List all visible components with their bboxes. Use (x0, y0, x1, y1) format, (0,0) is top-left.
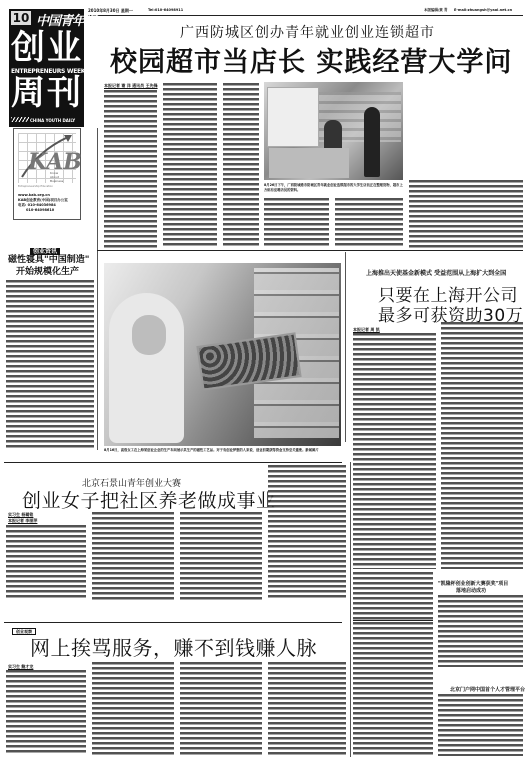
lead-col-4 (264, 198, 329, 248)
brief1-body (438, 595, 523, 667)
brief1-headline-1: "凯隆杯创业创新大赛获奖"项目 (438, 580, 508, 587)
shanghai-col-2 (441, 322, 523, 569)
factory-worker-photo[interactable] (104, 263, 341, 446)
lead-col-5 (335, 198, 403, 248)
masthead-title-bottom: 周刊 (11, 74, 83, 112)
brief2-headline: 北京门户网中国首个人才管理平台 (450, 686, 525, 693)
beijing-col-2 (92, 512, 174, 600)
section-rule-1 (97, 250, 523, 251)
kab-ad-box: KAB Know About Business Entrepreneurship… (13, 128, 81, 220)
lead-col-6 (409, 180, 523, 248)
photo-poster (267, 87, 319, 147)
photo-counter (269, 148, 349, 178)
shanghai-kicker: 上海推出天使基金新模式 受益范围从上海扩大到全国 (366, 268, 506, 277)
photo-face (132, 315, 166, 355)
section-rule-2 (4, 462, 342, 463)
tel-line: Tel:010-64098911 (148, 8, 183, 12)
brief1-headline-2: 落地启动成功 (456, 587, 486, 594)
beijing-byline-2: 本报记者 李丽萍 (8, 518, 37, 524)
kab-small-line: Entrepreneurship Education (18, 185, 53, 188)
bottom-col-4 (268, 662, 346, 755)
stripes-decoration (11, 117, 29, 122)
beijing-col-1 (6, 525, 86, 600)
brief1-box: "凯隆杯创业创新大赛获奖"项目 落地启动成功 (438, 578, 523, 670)
brief2-body (438, 694, 523, 756)
beijing-headline: 创业女子把社区养老做成事业 (22, 486, 276, 513)
bottom-col-1 (6, 670, 86, 755)
shanghai-col-1 (353, 333, 436, 569)
column-divider-photo (345, 252, 346, 442)
masthead-subtitle: CHINA YOUTH DAILY (30, 118, 75, 123)
bottom-col-3 (180, 662, 262, 755)
editor-line: 本版编辑/黄 青 (424, 8, 448, 13)
paper-logo: 中国青年报 (36, 10, 96, 29)
kab-contact: www.kab.org.cn KAB创业教育(中国)项目办公室 电话: 010-… (18, 193, 68, 213)
sidebar-headline-2: 开始规模化生产 (16, 264, 79, 277)
section-rule-3 (4, 622, 342, 623)
lead-col-3 (223, 83, 259, 248)
column-divider-bottom (350, 462, 351, 757)
bottom-col-2 (92, 662, 174, 755)
page-number: 10 (11, 11, 31, 25)
photo-person-2 (364, 107, 380, 177)
photo-story-caption: 8月16日，高级女工在上海某创业企业的生产车间展示其生产的磁性工艺品。对于有创业… (104, 448, 341, 460)
lead-byline: 本报记者 谢 洋 通讯员 王先锋 (104, 83, 158, 89)
sidebar-divider (97, 128, 98, 450)
beijing-col-4 (268, 465, 346, 600)
email-line: E-mail:zhuangsh@yaol.net.cn (454, 8, 512, 12)
supermarket-photo[interactable] (264, 82, 403, 180)
sidebar-body-text (6, 280, 94, 450)
lead-headline: 校园超市当店长 实践经营大学问 (110, 40, 512, 79)
lead-col-1 (104, 90, 157, 248)
kab-tagline: Know About Business (50, 171, 63, 183)
bottom-headline: 网上挨骂服务，赚不到钱赚人脉 (30, 632, 317, 661)
beijing-col-3 (180, 512, 262, 600)
masthead-title-top: 创业 (11, 30, 83, 66)
lead-photo-caption: 8月26日下午，广西防城港市防城区青年就业创业连锁超市的大学生店员正在整理货物，… (264, 183, 403, 195)
header-rule (88, 15, 523, 16)
brief-rule (353, 620, 433, 621)
right-col-continue (353, 572, 433, 755)
lead-kicker: 广西防城区创办青年就业创业连锁超市 (180, 22, 435, 42)
lead-col-2 (163, 83, 217, 248)
